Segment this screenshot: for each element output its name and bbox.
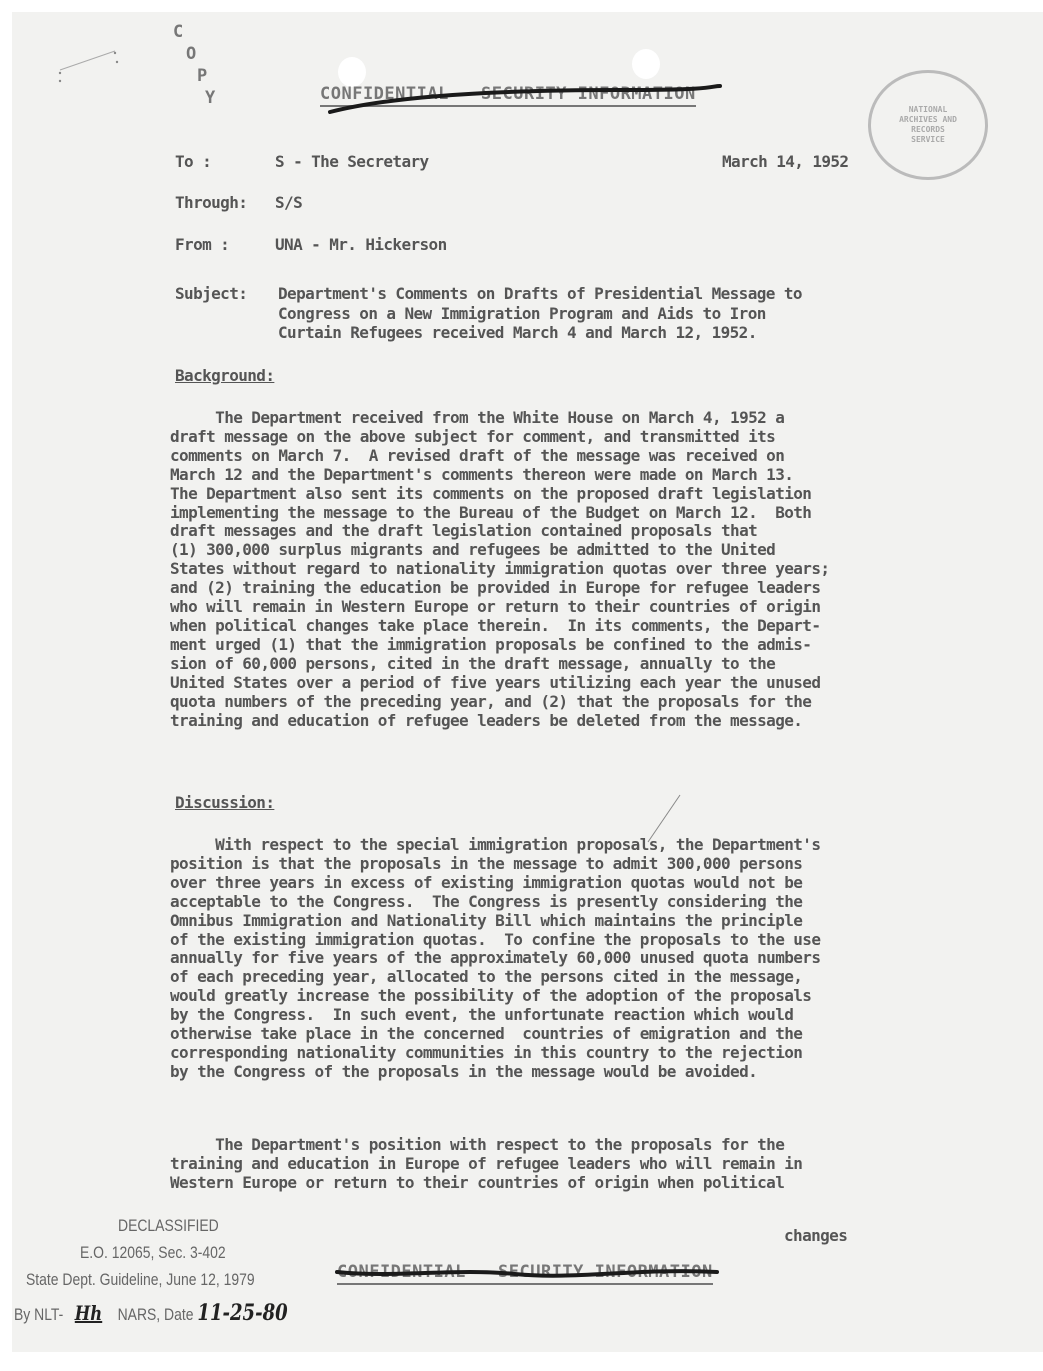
text-line: who will remain in Western Europe or ret… bbox=[170, 598, 970, 617]
nars-label: NARS, Date bbox=[118, 1305, 194, 1324]
text-line: would greatly increase the possibility o… bbox=[170, 987, 970, 1006]
subject-line: Congress on a New Immigration Program an… bbox=[278, 304, 802, 324]
text-line: States without regard to nationality imm… bbox=[170, 560, 970, 579]
text-line: With respect to the special immigration … bbox=[170, 836, 970, 855]
copy-letter: O bbox=[186, 44, 196, 64]
text-line: Western Europe or return to their countr… bbox=[170, 1174, 970, 1193]
text-line: implementing the message to the Bureau o… bbox=[170, 504, 970, 523]
text-line: over three years in excess of existing i… bbox=[170, 874, 970, 893]
punch-hole bbox=[338, 57, 366, 87]
to-value: S - The Secretary bbox=[275, 152, 429, 171]
to-field: To :S - The Secretary bbox=[175, 152, 429, 171]
text-line: The Department received from the White H… bbox=[170, 409, 970, 428]
text-line: The Department's position with respect t… bbox=[170, 1136, 970, 1155]
text-line: position is that the proposals in the me… bbox=[170, 855, 970, 874]
by-prefix: By NLT- bbox=[14, 1305, 63, 1324]
classification-marking-bottom: CONFIDENTIAL - SECURITY INFORMATION bbox=[337, 1262, 713, 1285]
declassified-label: DECLASSIFIED bbox=[118, 1216, 219, 1236]
discussion-heading: Discussion: bbox=[175, 793, 274, 812]
stamp-line: NATIONAL bbox=[871, 105, 985, 115]
text-line: otherwise take place in the concerned co… bbox=[170, 1025, 970, 1044]
subject-label: Subject: bbox=[175, 284, 247, 303]
text-line: acceptable to the Congress. The Congress… bbox=[170, 893, 970, 912]
through-label: Through: bbox=[175, 193, 275, 212]
text-line: The Department also sent its comments on… bbox=[170, 485, 970, 504]
text-line: quota numbers of the preceding year, and… bbox=[170, 693, 970, 712]
text-line: training and education of refugee leader… bbox=[170, 712, 970, 731]
text-line: by the Congress. In such event, the unfo… bbox=[170, 1006, 970, 1025]
memo-date: March 14, 1952 bbox=[722, 152, 848, 171]
subject-line: Department's Comments on Drafts of Presi… bbox=[278, 284, 802, 304]
stamp-line: SERVICE bbox=[871, 135, 985, 145]
text-line: of the existing immigration quotas. To c… bbox=[170, 931, 970, 950]
text-line: United States over a period of five year… bbox=[170, 674, 970, 693]
guideline-line: State Dept. Guideline, June 12, 1979 bbox=[26, 1270, 255, 1290]
text-line: of each preceding year, allocated to the… bbox=[170, 968, 970, 987]
through-field: Through:S/S bbox=[175, 193, 302, 212]
subject-line: Curtain Refugees received March 4 and Ma… bbox=[278, 323, 802, 343]
text-line: March 12 and the Department's comments t… bbox=[170, 466, 970, 485]
text-line: ment urged (1) that the immigration prop… bbox=[170, 636, 970, 655]
background-heading: Background: bbox=[175, 366, 274, 385]
copy-letter: C bbox=[173, 22, 183, 42]
text-line: training and education in Europe of refu… bbox=[170, 1155, 970, 1174]
subject-text: Department's Comments on Drafts of Presi… bbox=[278, 284, 802, 343]
text-line: comments on March 7. A revised draft of … bbox=[170, 447, 970, 466]
through-value: S/S bbox=[275, 193, 302, 212]
discussion-paragraph-1: With respect to the special immigration … bbox=[170, 836, 970, 1082]
copy-letter: P bbox=[197, 66, 207, 86]
classification-marking-top: CONFIDENTIAL - SECURITY INFORMATION bbox=[320, 84, 696, 107]
text-line: when political changes take place therei… bbox=[170, 617, 970, 636]
text-line: sion of 60,000 persons, cited in the dra… bbox=[170, 655, 970, 674]
text-line: Omnibus Immigration and Nationality Bill… bbox=[170, 912, 970, 931]
stamp-line: RECORDS bbox=[871, 125, 985, 135]
text-line: draft message on the above subject for c… bbox=[170, 428, 970, 447]
to-label: To : bbox=[175, 152, 275, 171]
copy-letter: Y bbox=[205, 88, 215, 108]
declassification-date: 11-25-80 bbox=[197, 1300, 287, 1326]
background-paragraph: The Department received from the White H… bbox=[170, 409, 970, 730]
text-line: annually for five years of the approxima… bbox=[170, 949, 970, 968]
text-line: and (2) training the education be provid… bbox=[170, 579, 970, 598]
declassified-by-line: By NLT-Hh NARS, Date 11-25-80 bbox=[14, 1300, 288, 1326]
archive-stamp: NATIONAL ARCHIVES AND RECORDS SERVICE bbox=[868, 70, 988, 180]
discussion-paragraph-2: The Department's position with respect t… bbox=[170, 1136, 970, 1193]
text-line: draft messages and the draft legislation… bbox=[170, 522, 970, 541]
from-label: From : bbox=[175, 235, 275, 254]
executive-order: E.O. 12065, Sec. 3-402 bbox=[80, 1243, 226, 1263]
text-line: (1) 300,000 surplus migrants and refugee… bbox=[170, 541, 970, 560]
reviewer-initials: Hh bbox=[63, 1301, 113, 1325]
punch-hole bbox=[632, 49, 660, 79]
continuation-word: changes bbox=[784, 1226, 847, 1245]
from-field: From :UNA - Mr. Hickerson bbox=[175, 235, 447, 254]
text-line: by the Congress of the proposals in the … bbox=[170, 1063, 970, 1082]
from-value: UNA - Mr. Hickerson bbox=[275, 235, 447, 254]
text-line: corresponding nationality communities in… bbox=[170, 1044, 970, 1063]
stamp-line: ARCHIVES AND bbox=[871, 115, 985, 125]
